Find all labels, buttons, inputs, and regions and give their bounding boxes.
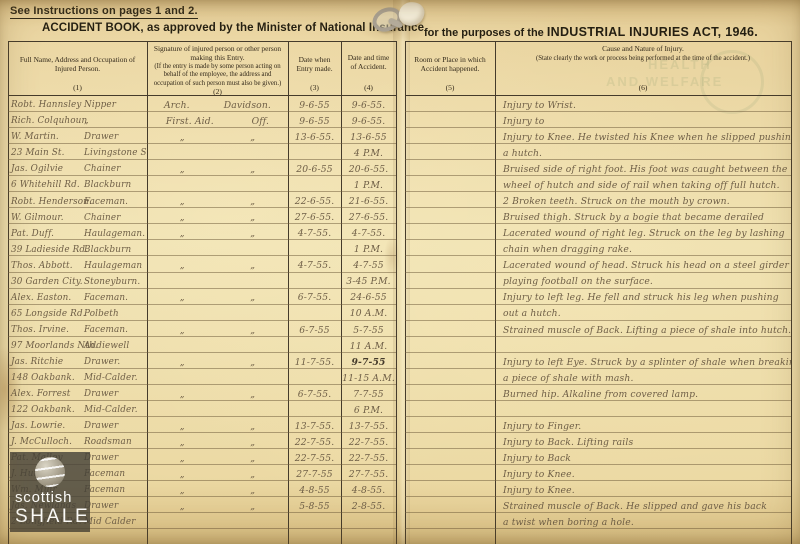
signature-cell <box>147 144 288 159</box>
cause-cell: a twist when boring a hole. <box>495 513 791 528</box>
entry-date-cell: 27-7-55 <box>288 465 341 480</box>
occupation: Mid Calder <box>84 518 136 527</box>
cause-text: Strained muscle of Back. Lifting a piece… <box>503 326 791 335</box>
injured-name: 23 Main St. <box>11 149 65 158</box>
signature-part: Off. <box>252 117 270 126</box>
entry-date-cell: 27-6-55. <box>288 208 341 223</box>
occupation: Faceman. <box>84 294 128 303</box>
signature-part: „ <box>180 358 185 367</box>
occupation: Mid-Calder. <box>84 374 138 383</box>
watermark-text-shale: SHALE <box>15 506 90 528</box>
place-cell <box>405 112 495 127</box>
cause-text: 2 Broken teeth. Struck on the mouth by c… <box>503 197 730 206</box>
name-occupation-cell: 65 Longside Rd.Polbeth <box>8 305 147 320</box>
cause-cell: playing football on the surface. <box>495 273 791 288</box>
accident-date-cell: 11-15 A.M. <box>341 369 396 384</box>
name-occupation-cell: Jas. OgilvieChainer <box>8 160 147 175</box>
signature-cell: „„ <box>147 208 288 223</box>
signature-cell: „„ <box>147 481 288 496</box>
accident-date-cell: 2-8-55. <box>341 497 396 512</box>
occupation: Drawer <box>84 390 118 399</box>
signature-cell: Arch.Davidson. <box>147 96 288 111</box>
accident-date-cell: 9-6-55. <box>341 112 396 127</box>
signature-part: „ <box>180 454 185 463</box>
accident-date: 9-6-55. <box>352 117 386 126</box>
place-cell <box>405 465 495 480</box>
accident-date: 2-8-55. <box>352 502 386 511</box>
table-row: Thos. Irvine.Faceman.„„6-7-555-7-55 <box>8 321 396 337</box>
entry-date-cell: 4-7-55. <box>288 256 341 271</box>
title-right-prefix: for the purposes of the <box>424 27 547 39</box>
place-cell <box>405 256 495 271</box>
entry-date-cell <box>288 337 341 352</box>
injured-name: 6 Whitehill Rd. <box>11 181 80 190</box>
name-occupation-cell: Robt. Henderson.Faceman. <box>8 192 147 207</box>
accident-date: 4-8-55. <box>352 486 386 495</box>
column-label: Date and time of Accident. <box>344 54 393 71</box>
entry-date: 27-6-55. <box>295 213 335 222</box>
name-occupation-cell: 39 Ladieside Rd.Blackburn <box>8 240 147 255</box>
name-occupation-cell: Robt. HannsleyNipper <box>8 96 147 111</box>
cause-text: Injury to <box>503 117 544 126</box>
table-row: Injury to Knee. He twisted his Knee when… <box>405 128 791 144</box>
occupation: Stoneyburn. <box>84 278 140 287</box>
signature-cell: „„ <box>147 497 288 512</box>
table-row: 65 Longside Rd.Polbeth10 A.M. <box>8 305 396 321</box>
signature-part: „ <box>250 133 255 142</box>
entry-date: 20-6-55 <box>296 165 333 174</box>
table-row: Injury to <box>405 112 791 128</box>
accident-date-cell: 3-45 P.M. <box>341 273 396 288</box>
cause-cell: out a hutch. <box>495 305 791 320</box>
column-header-accident-date: Date and time of Accident. (4) <box>341 42 396 95</box>
entry-date-cell: 6-7-55. <box>288 289 341 304</box>
signature-part: „ <box>180 486 185 495</box>
accident-date: 9-7-55 <box>351 358 385 367</box>
cause-text: a twist when boring a hole. <box>503 518 634 527</box>
injured-name: Pat. Duff. <box>11 230 54 239</box>
signature-cell <box>147 529 288 544</box>
table-row: 148 Oakbank.Mid-Calder.11-15 A.M. <box>8 369 396 385</box>
page-title-left: ACCIDENT BOOK, as approved by the Minist… <box>42 22 394 34</box>
place-cell <box>405 321 495 336</box>
signature-part: „ <box>180 293 185 302</box>
cause-cell: Injury to Wrist. <box>495 96 791 111</box>
column-number: (4) <box>364 84 373 93</box>
page-title-right: for the purposes of the INDUSTRIAL INJUR… <box>424 23 758 41</box>
name-occupation-cell: Alex. ForrestDrawer <box>8 385 147 400</box>
entry-date: 6-7-55. <box>298 390 332 399</box>
accident-date: 9-6-55. <box>352 101 386 110</box>
signature-cell: „„ <box>147 465 288 480</box>
name-occupation-cell: 97 Moorlands Nth.Addiewell <box>8 337 147 352</box>
table-row: Jas. OgilvieChainer„„20-6-5520-6-55. <box>8 160 396 176</box>
occupation: Livingstone Sta. <box>84 149 147 158</box>
column-label: Date when Entry made. <box>291 56 338 73</box>
place-cell <box>405 144 495 159</box>
entry-date: 13-7-55. <box>295 422 335 431</box>
occupation: Blackburn <box>84 246 131 255</box>
table-row: 2 Broken teeth. Struck on the mouth by c… <box>405 192 791 208</box>
entry-date: 9-6-55 <box>299 117 330 126</box>
accident-date-cell: 1 P.M. <box>341 176 396 191</box>
accident-date: 24-6-55 <box>350 293 387 302</box>
name-occupation-cell: 30 Garden City.Stoneyburn. <box>8 273 147 288</box>
column-number: (1) <box>73 84 82 93</box>
occupation: Drawer. <box>84 358 120 367</box>
accident-date-cell: 5-7-55 <box>341 321 396 336</box>
cause-cell: a hutch. <box>495 144 791 159</box>
injured-name: W. Gilmour. <box>11 214 64 223</box>
table-row: Strained muscle of Back. Lifting a piece… <box>405 321 791 337</box>
injured-name: J. McCulloch. <box>11 438 72 447</box>
table-row: Injury to Wrist. <box>405 96 791 112</box>
table-row: Pat. Duff.Haulageman.„„4-7-55.4-7-55. <box>8 224 396 240</box>
injured-name: Rich. Colquhoun <box>11 117 87 126</box>
entry-date-cell: 6-7-55 <box>288 321 341 336</box>
injured-name: 148 Oakbank. <box>11 374 75 383</box>
cause-cell: Burned hip. Alkaline from covered lamp. <box>495 385 791 400</box>
cause-text: Injury to left leg. He fell and struck h… <box>503 293 779 302</box>
title-right-act: INDUSTRIAL INJURIES ACT, 1946. <box>547 25 758 39</box>
table-row: Injury to Back <box>405 449 791 465</box>
occupation: Blackburn <box>84 181 131 190</box>
table-row: Robt. Henderson.Faceman.„„22-6-55.21-6-5… <box>8 192 396 208</box>
column-label-group: Signature of injured person or other per… <box>150 45 285 88</box>
entry-date-cell <box>288 369 341 384</box>
place-cell <box>405 96 495 111</box>
accident-date: 10 A.M. <box>350 309 388 318</box>
table-row <box>405 401 791 417</box>
place-cell <box>405 433 495 448</box>
table-row: playing football on the surface. <box>405 273 791 289</box>
signature-part: „ <box>180 165 185 174</box>
accident-date-cell: 9-7-55 <box>341 353 396 368</box>
cause-cell: Injury to Back <box>495 449 791 464</box>
signature-cell: First. Aid.Off. <box>147 112 288 127</box>
place-cell <box>405 240 495 255</box>
occupation: Faceman. <box>84 198 128 207</box>
accident-date-cell <box>341 529 396 544</box>
signature-part: „ <box>250 422 255 431</box>
accident-date-cell: 6 P.M. <box>341 401 396 416</box>
entry-date-cell <box>288 529 341 544</box>
entry-date-cell: 4-8-55 <box>288 481 341 496</box>
entry-date: 5-8-55 <box>299 502 330 511</box>
cause-cell: Strained muscle of Back. He slipped and … <box>495 497 791 512</box>
cause-text: Injury to Wrist. <box>503 101 576 110</box>
accident-date: 11 A.M. <box>350 342 388 351</box>
injured-name: 65 Longside Rd. <box>11 310 86 319</box>
occupation: Mid-Calder. <box>84 406 138 415</box>
table-row: J. McCulloch.Roadsman„„22-7-55.22-7-55. <box>8 433 396 449</box>
entry-date: 22-7-55. <box>295 438 335 447</box>
accident-date: 20-6-55. <box>349 165 389 174</box>
entry-date-cell <box>288 240 341 255</box>
signature-part: „ <box>180 326 185 335</box>
accident-date: 22-7-55. <box>349 438 389 447</box>
signature-part: „ <box>180 470 185 479</box>
cause-text: Injury to Finger. <box>503 422 581 431</box>
injured-name: Jas. Lowrie. <box>11 422 65 431</box>
table-row: 97 Moorlands Nth.Addiewell11 A.M. <box>8 337 396 353</box>
entry-date: 27-7-55 <box>296 470 333 479</box>
table-row: 23 Main St.Livingstone Sta.4 P.M. <box>8 144 396 160</box>
occupation: Chainer <box>84 165 121 174</box>
occupation: Haulageman <box>84 262 142 271</box>
cause-cell: Lacerated wound of right leg. Struck on … <box>495 224 791 239</box>
cause-cell: Injury to left Eye. Struck by a splinter… <box>495 353 791 368</box>
injured-name: Thos. Irvine. <box>11 326 69 335</box>
injured-name: Robt. Hannsley <box>11 101 82 110</box>
place-cell <box>405 401 495 416</box>
injured-name: Robt. Henderson. <box>11 198 92 207</box>
cause-text: Burned hip. Alkaline from covered lamp. <box>503 390 698 399</box>
cause-cell <box>495 401 791 416</box>
column-label-group: Cause and Nature of Injury. (State clear… <box>536 45 750 63</box>
cause-text: chain when dragging rake. <box>503 245 632 254</box>
signature-cell: „„ <box>147 417 288 432</box>
occupation: „ <box>84 117 89 126</box>
occupation: Drawer <box>84 422 118 431</box>
table-row: Alex. ForrestDrawer„„6-7-55.7-7-55 <box>8 385 396 401</box>
entry-date-cell <box>288 176 341 191</box>
cause-text: wheel of hutch and side of rail when tak… <box>503 181 780 190</box>
occupation: Drawer <box>84 133 118 142</box>
table-row: Injury to left leg. He fell and struck h… <box>405 289 791 305</box>
accident-date: 11-15 A.M. <box>342 374 395 383</box>
injured-name: 122 Oakbank. <box>11 406 75 415</box>
entry-date-cell <box>288 305 341 320</box>
signature-part: „ <box>250 358 255 367</box>
signature-cell <box>147 401 288 416</box>
cause-cell: wheel of hutch and side of rail when tak… <box>495 176 791 191</box>
table-row: Lacerated wound of head. Struck his head… <box>405 256 791 272</box>
cause-text: Injury to Knee. He twisted his Knee when… <box>503 133 791 142</box>
signature-part: „ <box>180 261 185 270</box>
signature-part: Davidson. <box>224 101 271 110</box>
injured-name: W. Martin. <box>11 133 59 142</box>
name-occupation-cell: Thos. Abbott.Haulageman <box>8 256 147 271</box>
accident-date: 4 P.M. <box>354 149 383 158</box>
accident-date-cell: 22-7-55. <box>341 433 396 448</box>
occupation: Haulageman. <box>84 230 145 239</box>
entry-date-cell: 11-7-55. <box>288 353 341 368</box>
table-row: Jas. Lowrie.Drawer„„13-7-55.13-7-55. <box>8 417 396 433</box>
place-cell <box>405 481 495 496</box>
place-cell <box>405 273 495 288</box>
place-cell <box>405 417 495 432</box>
occupation: Faceman <box>84 470 125 479</box>
signature-part: „ <box>250 502 255 511</box>
cause-text: Injury to left Eye. Struck by a splinter… <box>503 358 791 367</box>
entry-date-cell <box>288 513 341 528</box>
signature-part: „ <box>180 438 185 447</box>
cause-text: Injury to Back <box>503 454 571 463</box>
accident-date-cell: 9-6-55. <box>341 96 396 111</box>
entry-date: 6-7-55 <box>299 326 330 335</box>
name-occupation-cell: Alex. Easton.Faceman. <box>8 289 147 304</box>
entry-date-cell: 22-7-55. <box>288 433 341 448</box>
column-note: (If the entry is made by some person act… <box>150 63 285 87</box>
signature-cell: „„ <box>147 289 288 304</box>
entries-right-half: Injury to Wrist.Injury toInjury to Knee.… <box>405 96 791 544</box>
entry-date: 4-8-55 <box>299 486 330 495</box>
signature-cell: „„ <box>147 192 288 207</box>
name-occupation-cell: Pat. Duff.Haulageman. <box>8 224 147 239</box>
signature-part: „ <box>250 229 255 238</box>
signature-part: „ <box>250 438 255 447</box>
column-header-entry-date: Date when Entry made. (3) <box>288 42 341 95</box>
name-occupation-cell: W. Martin.Drawer <box>8 128 147 143</box>
table-row: 6 Whitehill Rd.Blackburn1 P.M. <box>8 176 396 192</box>
signature-cell: „„ <box>147 449 288 464</box>
entry-date: 22-7-55. <box>295 454 335 463</box>
accident-date: 7-7-55 <box>353 390 384 399</box>
accident-date-cell: 4-7-55. <box>341 224 396 239</box>
accident-date: 13-7-55. <box>349 422 389 431</box>
accident-date: 22-7-55. <box>349 454 389 463</box>
accident-date: 13-6-55 <box>350 133 387 142</box>
place-cell <box>405 208 495 223</box>
name-occupation-cell: 6 Whitehill Rd.Blackburn <box>8 176 147 191</box>
table-row: Rich. Colquhoun„First. Aid.Off.9-6-559-6… <box>8 112 396 128</box>
name-occupation-cell: Thos. Irvine.Faceman. <box>8 321 147 336</box>
place-cell <box>405 337 495 352</box>
cause-text: Lacerated wound of head. Struck his head… <box>503 261 791 270</box>
accident-date: 1 P.M. <box>354 245 383 254</box>
cause-text: Injury to Knee. <box>503 486 575 495</box>
accident-date-cell: 27-6-55. <box>341 208 396 223</box>
table-row: Burned hip. Alkaline from covered lamp. <box>405 385 791 401</box>
cause-cell: Injury to <box>495 112 791 127</box>
table-row: wheel of hutch and side of rail when tak… <box>405 176 791 192</box>
accident-date: 27-6-55. <box>349 213 389 222</box>
entry-date-cell: 22-6-55. <box>288 192 341 207</box>
accident-date-cell: 1 P.M. <box>341 240 396 255</box>
column-header-name: Full Name, Address and Occupation of Inj… <box>8 42 147 95</box>
injured-name: Thos. Abbott. <box>11 262 73 271</box>
entry-date: 4-7-55. <box>298 229 332 238</box>
table-row: out a hutch. <box>405 305 791 321</box>
table-row: Injury to Knee. <box>405 481 791 497</box>
signature-cell <box>147 305 288 320</box>
signature-part: Arch. <box>164 101 190 110</box>
entry-date-cell <box>288 273 341 288</box>
cause-cell: Injury to Knee. <box>495 481 791 496</box>
entry-date-cell: 9-6-55 <box>288 112 341 127</box>
table-row: 39 Ladieside Rd.Blackburn1 P.M. <box>8 240 396 256</box>
see-instructions-note: See Instructions on pages 1 and 2. <box>10 5 198 19</box>
place-cell <box>405 449 495 464</box>
accident-date-cell <box>341 513 396 528</box>
scanned-ledger-page: HEALTH AND WELFARE See Instructions on p… <box>0 0 800 544</box>
signature-part: „ <box>250 326 255 335</box>
signature-cell <box>147 176 288 191</box>
entry-date-cell <box>288 401 341 416</box>
column-label: Full Name, Address and Occupation of Inj… <box>11 56 144 73</box>
place-cell <box>405 160 495 175</box>
injured-name: Jas. Ogilvie <box>11 165 63 174</box>
table-row: Injury to left Eye. Struck by a splinter… <box>405 353 791 369</box>
cause-cell: Lacerated wound of head. Struck his head… <box>495 256 791 271</box>
accident-date: 3-45 P.M. <box>346 277 390 286</box>
column-number: (6) <box>639 84 648 93</box>
cause-text: playing football on the surface. <box>503 277 653 286</box>
injured-name: 30 Garden City. <box>11 278 83 287</box>
signature-part: „ <box>250 293 255 302</box>
signature-cell: „„ <box>147 160 288 175</box>
column-label: Cause and Nature of Injury. <box>536 45 750 54</box>
grid-line <box>396 41 397 544</box>
name-occupation-cell: Jas. Lowrie.Drawer <box>8 417 147 432</box>
table-row: a twist when boring a hole. <box>405 513 791 529</box>
table-row: Robt. HannsleyNipperArch.Davidson.9-6-55… <box>8 96 396 112</box>
signature-part: „ <box>250 454 255 463</box>
signature-cell: „„ <box>147 256 288 271</box>
signature-cell: „„ <box>147 128 288 143</box>
accident-date-cell: 10 A.M. <box>341 305 396 320</box>
accident-date-cell: 7-7-55 <box>341 385 396 400</box>
injured-name: Alex. Forrest <box>11 390 70 399</box>
signature-cell <box>147 240 288 255</box>
cause-text: out a hutch. <box>503 309 561 318</box>
grid-line <box>791 41 792 544</box>
occupation: Faceman <box>84 486 125 495</box>
accident-date-cell: 21-6-55. <box>341 192 396 207</box>
signature-cell: „„ <box>147 224 288 239</box>
cause-text: Injury to Back. Lifting rails <box>503 438 633 447</box>
place-cell <box>405 513 495 528</box>
occupation: Addiewell <box>84 342 129 351</box>
accident-date-cell: 24-6-55 <box>341 289 396 304</box>
accident-date: 6 P.M. <box>354 406 383 415</box>
accident-date-cell: 22-7-55. <box>341 449 396 464</box>
accident-date-cell: 20-6-55. <box>341 160 396 175</box>
table-row: Thos. Abbott.Haulageman„„4-7-55.4-7-55 <box>8 256 396 272</box>
table-row <box>405 529 791 544</box>
cause-cell: Strained muscle of Back. Lifting a piece… <box>495 321 791 336</box>
occupation: Chainer <box>84 214 121 223</box>
table-row: a piece of shale with mash. <box>405 369 791 385</box>
accident-date-cell: 4-8-55. <box>341 481 396 496</box>
entry-date-cell: 13-6-55. <box>288 128 341 143</box>
accident-date-cell: 4-7-55 <box>341 256 396 271</box>
signature-part: First. Aid. <box>166 117 214 126</box>
occupation: Polbeth <box>84 310 119 319</box>
signature-part: „ <box>180 422 185 431</box>
entry-date-cell: 6-7-55. <box>288 385 341 400</box>
column-label: Signature of injured person or other per… <box>150 45 285 62</box>
place-cell <box>405 385 495 400</box>
column-header-place: Room or Place in which Accident happened… <box>405 42 495 95</box>
signature-cell: „„ <box>147 433 288 448</box>
name-occupation-cell: 122 Oakbank.Mid-Calder. <box>8 401 147 416</box>
place-cell <box>405 369 495 384</box>
accident-date: 5-7-55 <box>353 326 384 335</box>
accident-date: 4-7-55 <box>353 261 384 270</box>
occupation: Roadsman <box>84 438 132 447</box>
accident-date-cell: 11 A.M. <box>341 337 396 352</box>
cause-cell: Injury to left leg. He fell and struck h… <box>495 289 791 304</box>
place-cell <box>405 529 495 544</box>
table-row: Alex. Easton.Faceman.„„6-7-55.24-6-55 <box>8 289 396 305</box>
scottish-shale-watermark: scottish SHALE <box>10 452 90 532</box>
cause-cell <box>495 529 791 544</box>
cause-cell: Bruised thigh. Struck by a bogie that be… <box>495 208 791 223</box>
signature-part: „ <box>180 390 185 399</box>
signature-part: „ <box>180 213 185 222</box>
